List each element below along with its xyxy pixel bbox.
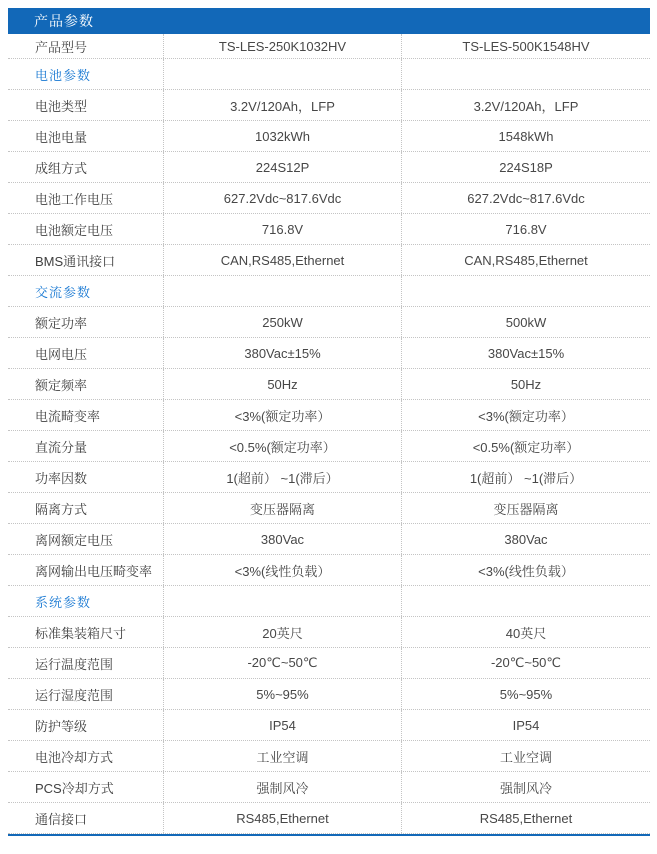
row-value-model-2: TS-LES-500K1548HV bbox=[401, 34, 650, 58]
table-row: 电网电压 380Vac±15% 380Vac±15% bbox=[8, 338, 650, 369]
row-label: 电池类型 bbox=[8, 96, 163, 115]
section-label: 电池参数 bbox=[8, 65, 163, 84]
row-label: 电池工作电压 bbox=[8, 189, 163, 208]
section-empty-cell-1 bbox=[163, 586, 401, 616]
row-value-model-2: IP54 bbox=[401, 710, 650, 740]
row-value-model-2: 5%~95% bbox=[401, 679, 650, 709]
row-label: PCS冷却方式 bbox=[8, 778, 163, 797]
row-value-model-1: 1(超前） ~1(滞后） bbox=[163, 462, 401, 492]
table-row: 运行温度范围 -20℃~50℃ -20℃~50℃ bbox=[8, 648, 650, 679]
section-row: 电池参数 bbox=[8, 59, 650, 90]
section-empty-cell-1 bbox=[163, 276, 401, 306]
row-value-model-2: 716.8V bbox=[401, 214, 650, 244]
section-empty-cell-2 bbox=[401, 586, 650, 616]
row-value-model-1: <3%(线性负载） bbox=[163, 555, 401, 585]
row-value-model-1: -20℃~50℃ bbox=[163, 648, 401, 678]
row-value-model-1: RS485,Ethernet bbox=[163, 803, 401, 833]
row-value-model-1: 716.8V bbox=[163, 214, 401, 244]
section-empty-cell-2 bbox=[401, 276, 650, 306]
section-empty-cell-2 bbox=[401, 59, 650, 89]
row-value-model-2: 380Vac±15% bbox=[401, 338, 650, 368]
row-value-model-1: 224S12P bbox=[163, 152, 401, 182]
table-row: 电池类型 3.2V/120Ah，LFP 3.2V/120Ah，LFP bbox=[8, 90, 650, 121]
row-value-model-2: 变压器隔离 bbox=[401, 493, 650, 523]
row-value-model-2: 40英尺 bbox=[401, 617, 650, 647]
section-row: 系统参数 bbox=[8, 586, 650, 617]
row-label: 电流畸变率 bbox=[8, 406, 163, 425]
row-value-model-2: 380Vac bbox=[401, 524, 650, 554]
row-value-model-2: 1548kWh bbox=[401, 121, 650, 151]
row-label: 额定频率 bbox=[8, 375, 163, 394]
table-row: 标准集装箱尺寸 20英尺 40英尺 bbox=[8, 617, 650, 648]
row-value-model-2: -20℃~50℃ bbox=[401, 648, 650, 678]
row-label: 运行温度范围 bbox=[8, 654, 163, 673]
row-value-model-1: 50Hz bbox=[163, 369, 401, 399]
table-row: PCS冷却方式 强制风冷 强制风冷 bbox=[8, 772, 650, 803]
row-value-model-1: 627.2Vdc~817.6Vdc bbox=[163, 183, 401, 213]
section-empty-cell-1 bbox=[163, 59, 401, 89]
row-value-model-1: <3%(额定功率） bbox=[163, 400, 401, 430]
row-value-model-1: 380Vac bbox=[163, 524, 401, 554]
row-label: 防护等级 bbox=[8, 716, 163, 735]
row-label: 功率因数 bbox=[8, 468, 163, 487]
row-value-model-1: 3.2V/120Ah，LFP bbox=[163, 90, 401, 120]
table-row: 通信接口 RS485,Ethernet RS485,Ethernet bbox=[8, 803, 650, 834]
row-label: 电网电压 bbox=[8, 344, 163, 363]
row-value-model-1: <0.5%(额定功率） bbox=[163, 431, 401, 461]
table-row: 电流畸变率 <3%(额定功率） <3%(额定功率） bbox=[8, 400, 650, 431]
row-label: 产品型号 bbox=[8, 37, 163, 56]
row-label: 离网输出电压畸变率 bbox=[8, 561, 163, 580]
table-row: 离网输出电压畸变率 <3%(线性负载） <3%(线性负载） bbox=[8, 555, 650, 586]
section-row: 交流参数 bbox=[8, 276, 650, 307]
row-value-model-1: 20英尺 bbox=[163, 617, 401, 647]
row-value-model-2: 强制风冷 bbox=[401, 772, 650, 802]
row-label: 运行湿度范围 bbox=[8, 685, 163, 704]
table-row: 电池额定电压 716.8V 716.8V bbox=[8, 214, 650, 245]
row-value-model-2: 500kW bbox=[401, 307, 650, 337]
row-label: 电池额定电压 bbox=[8, 220, 163, 239]
row-value-model-2: CAN,RS485,Ethernet bbox=[401, 245, 650, 275]
table-row: 额定功率 250kW 500kW bbox=[8, 307, 650, 338]
row-label: 电池电量 bbox=[8, 127, 163, 146]
table-row: 额定频率 50Hz 50Hz bbox=[8, 369, 650, 400]
table-row: 电池工作电压 627.2Vdc~817.6Vdc 627.2Vdc~817.6V… bbox=[8, 183, 650, 214]
row-value-model-1: CAN,RS485,Ethernet bbox=[163, 245, 401, 275]
row-value-model-2: <3%(额定功率） bbox=[401, 400, 650, 430]
table-row: 电池电量 1032kWh 1548kWh bbox=[8, 121, 650, 152]
row-value-model-1: 变压器隔离 bbox=[163, 493, 401, 523]
row-label: 直流分量 bbox=[8, 437, 163, 456]
row-value-model-2: 224S18P bbox=[401, 152, 650, 182]
row-value-model-1: 1032kWh bbox=[163, 121, 401, 151]
row-label: BMS通讯接口 bbox=[8, 251, 163, 270]
table-row: 离网额定电压 380Vac 380Vac bbox=[8, 524, 650, 555]
product-spec-page: 产品参数 产品型号 TS-LES-250K1032HV TS-LES-500K1… bbox=[0, 0, 657, 854]
spec-table: 产品型号 TS-LES-250K1032HV TS-LES-500K1548HV… bbox=[8, 34, 650, 836]
row-value-model-2: 3.2V/120Ah，LFP bbox=[401, 90, 650, 120]
table-row: BMS通讯接口 CAN,RS485,Ethernet CAN,RS485,Eth… bbox=[8, 245, 650, 276]
table-row: 功率因数 1(超前） ~1(滞后） 1(超前） ~1(滞后） bbox=[8, 462, 650, 493]
row-label: 额定功率 bbox=[8, 313, 163, 332]
table-row: 防护等级 IP54 IP54 bbox=[8, 710, 650, 741]
row-value-model-1: 强制风冷 bbox=[163, 772, 401, 802]
row-value-model-2: 50Hz bbox=[401, 369, 650, 399]
page-title: 产品参数 bbox=[34, 11, 94, 31]
row-value-model-1: 5%~95% bbox=[163, 679, 401, 709]
table-row: 运行湿度范围 5%~95% 5%~95% bbox=[8, 679, 650, 710]
row-label: 标准集装箱尺寸 bbox=[8, 623, 163, 642]
table-row: 成组方式 224S12P 224S18P bbox=[8, 152, 650, 183]
row-label: 电池冷却方式 bbox=[8, 747, 163, 766]
row-label: 通信接口 bbox=[8, 809, 163, 828]
section-label: 交流参数 bbox=[8, 282, 163, 301]
table-row: 直流分量 <0.5%(额定功率） <0.5%(额定功率） bbox=[8, 431, 650, 462]
table-title-bar: 产品参数 bbox=[8, 8, 650, 34]
row-value-model-1: 380Vac±15% bbox=[163, 338, 401, 368]
row-value-model-1: TS-LES-250K1032HV bbox=[163, 34, 401, 58]
row-label: 隔离方式 bbox=[8, 499, 163, 518]
row-value-model-1: 工业空调 bbox=[163, 741, 401, 771]
table-row: 产品型号 TS-LES-250K1032HV TS-LES-500K1548HV bbox=[8, 34, 650, 59]
section-label: 系统参数 bbox=[8, 592, 163, 611]
row-value-model-2: RS485,Ethernet bbox=[401, 803, 650, 833]
spec-table-body: 产品型号 TS-LES-250K1032HV TS-LES-500K1548HV… bbox=[8, 34, 650, 834]
row-value-model-1: IP54 bbox=[163, 710, 401, 740]
row-value-model-2: <3%(线性负载） bbox=[401, 555, 650, 585]
row-value-model-2: 627.2Vdc~817.6Vdc bbox=[401, 183, 650, 213]
table-row: 隔离方式 变压器隔离 变压器隔离 bbox=[8, 493, 650, 524]
row-label: 离网额定电压 bbox=[8, 530, 163, 549]
row-value-model-2: 1(超前） ~1(滞后） bbox=[401, 462, 650, 492]
row-label: 成组方式 bbox=[8, 158, 163, 177]
table-row: 电池冷却方式 工业空调 工业空调 bbox=[8, 741, 650, 772]
row-value-model-1: 250kW bbox=[163, 307, 401, 337]
row-value-model-2: 工业空调 bbox=[401, 741, 650, 771]
row-value-model-2: <0.5%(额定功率） bbox=[401, 431, 650, 461]
